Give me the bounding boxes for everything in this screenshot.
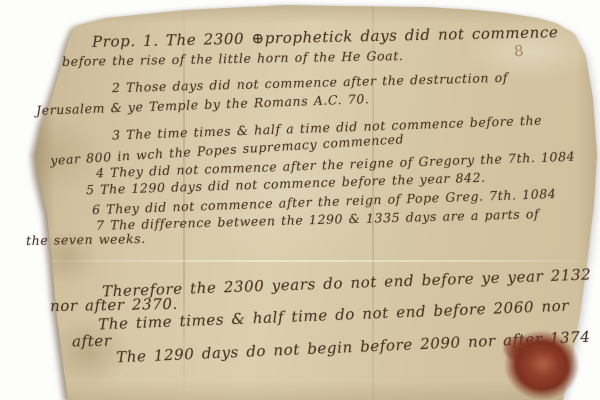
manuscript-line: the seven weeks. (26, 231, 146, 248)
manuscript-line: after (72, 332, 112, 351)
fold-crease-horizontal (36, 260, 587, 262)
manuscript-photo: Prop. 1. The 2300 ⊕prophetick days did n… (0, 0, 600, 400)
wax-seal (500, 325, 593, 400)
page-number: 8 (514, 42, 524, 60)
